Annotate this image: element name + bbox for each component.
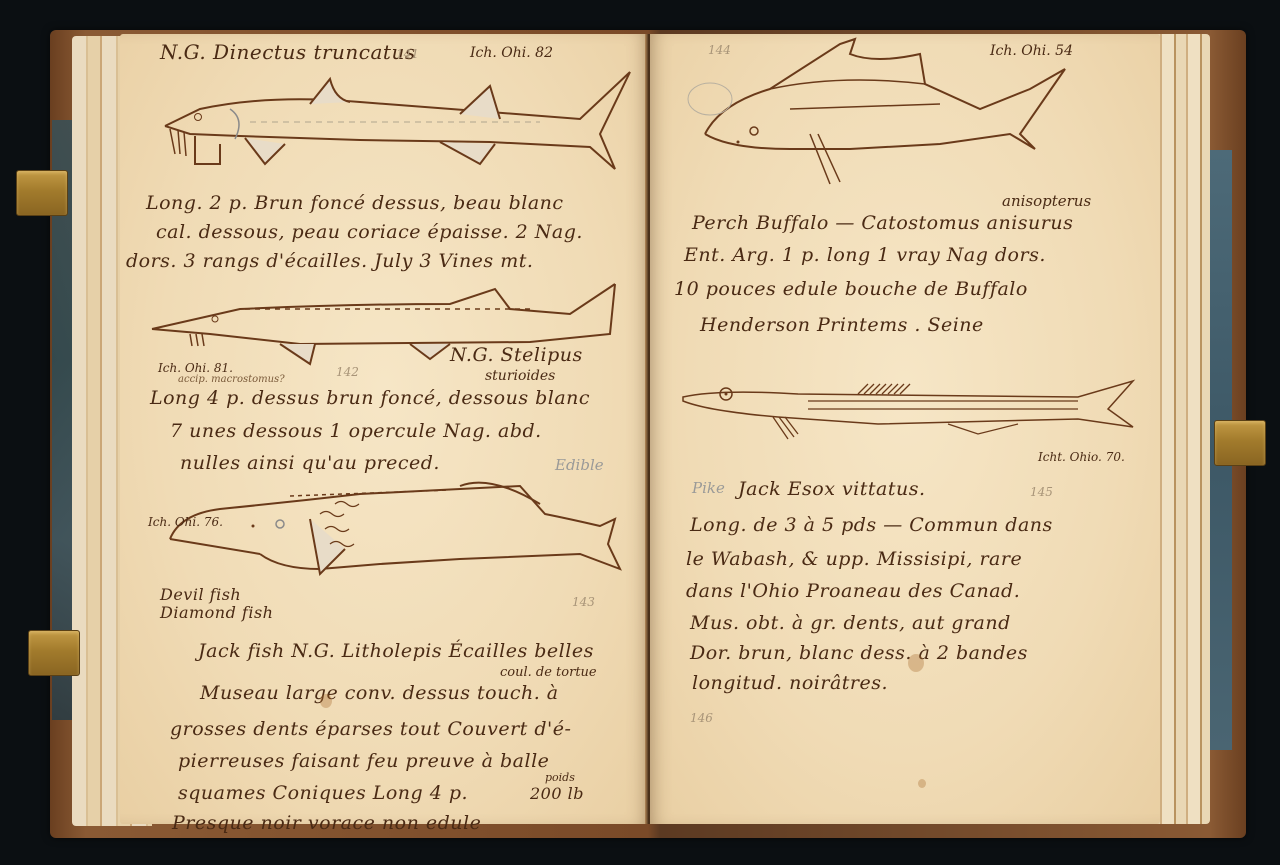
right-entry-2-line-1: Long. de 3 à 5 pds — Commun dans — [690, 516, 1053, 535]
left-entry-3-weight-sup: poids — [545, 772, 575, 783]
left-entry-2-line-3: nulles ainsi qu'au preced. — [180, 454, 440, 473]
left-header-reference: Ich. Ohi. 82 — [470, 46, 553, 60]
sketch-2-page-number: 142 — [336, 366, 359, 378]
sturgeon-sketch-icon — [160, 64, 640, 204]
left-entry-1-line-3: dors. 3 rangs d'écailles. July 3 Vines m… — [126, 252, 533, 271]
right-entry-1-line-2: Ent. Arg. 1 p. long 1 vray Nag dors. — [684, 246, 1046, 265]
left-entry-1-line-2: cal. dessous, peau coriace épaisse. 2 Na… — [156, 223, 583, 242]
brass-clasp-bottom-left — [28, 630, 80, 676]
sketch-3-common-name-2: Diamond fish — [160, 605, 273, 621]
right-entry-2-title: Jack Esox vittatus. — [738, 480, 926, 499]
left-entry-3-weight: 200 lb — [530, 786, 584, 802]
left-entry-3-insert: coul. de tortue — [500, 666, 597, 679]
buffalo-fish-sketch-icon — [690, 34, 1130, 184]
right-entry-1-line-1: Perch Buffalo — Catostomus anisurus — [692, 214, 1073, 233]
right-entry-2-line-2: le Wabash, & upp. Missisipi, rare — [686, 550, 1022, 569]
right-page: 144 Ich. Ohi. 54 anisopterus Perch Buffa… — [650, 34, 1160, 824]
left-entry-3-line-5: squames Coniques Long 4 p. — [178, 784, 468, 803]
sketch-2-note: accip. macrostomus? — [178, 375, 285, 385]
brass-clasp-right — [1214, 420, 1266, 466]
sketch-3-page-number: 143 — [572, 596, 595, 608]
left-entry-3-line-2: Museau large conv. dessus touch. à — [200, 684, 559, 703]
right-entry-2-line-3: dans l'Ohio Proaneau des Canad. — [686, 582, 1020, 601]
sketch-2-reference: Ich. Ohi. 81. — [158, 362, 233, 374]
left-entry-1-line-1: Long. 2 p. Brun foncé dessus, beau blanc — [146, 194, 564, 213]
right-entry-2-line-5: Dor. brun, blanc dess. à 2 bandes — [690, 644, 1028, 663]
right-footer-page-number: 146 — [690, 712, 713, 724]
pike-sketch-reference: Icht. Ohio. 70. — [1038, 451, 1125, 463]
left-entry-2-line-2: 7 unes dessous 1 opercule Nag. abd. — [170, 422, 542, 441]
right-entry-2-line-4: Mus. obt. à gr. dents, aut grand — [690, 614, 1011, 633]
right-entry-2-line-6: longitud. noirâtres. — [692, 674, 888, 693]
sketch-2-species: sturioides — [485, 369, 555, 383]
left-header-title: N.G. Dinectus truncatus — [160, 42, 416, 62]
paper-stain — [320, 694, 332, 708]
sketch-2-genus: N.G. Stelipus — [450, 346, 583, 365]
right-entry-2-page-number: 145 — [1030, 486, 1053, 498]
right-entry-1-insert: anisopterus — [1002, 194, 1091, 209]
alligator-gar-sketch-icon — [160, 474, 630, 584]
right-entry-2-margin-note: Pike — [692, 481, 725, 496]
brass-clasp-top-left — [16, 170, 68, 216]
pike-sketch-icon — [678, 379, 1138, 449]
paper-stain — [918, 779, 926, 788]
left-page: N.G. Dinectus truncatus 141 Ich. Ohi. 82… — [120, 34, 648, 824]
right-entry-1-line-4: Henderson Printems . Seine — [700, 316, 984, 335]
right-entry-1-line-3: 10 pouces edule bouche de Buffalo — [674, 280, 1028, 299]
left-entry-3-line-1: Jack fish N.G. Litholepis Écailles belle… — [198, 642, 594, 661]
left-header-page-number: 141 — [396, 48, 419, 60]
paper-stain — [908, 654, 924, 672]
left-entry-2-note: Edible — [555, 458, 604, 473]
left-entry-2-line-1: Long 4 p. dessus brun foncé, dessous bla… — [150, 389, 590, 408]
sketch-3-reference: Ich. Ohi. 76. — [148, 516, 223, 528]
left-entry-3-line-3: grosses dents éparses tout Couvert d'é- — [170, 720, 571, 739]
left-entry-3-line-6: Presque noir vorace non edule — [172, 814, 481, 833]
left-entry-3-line-4: pierreuses faisant feu preuve à balle — [178, 752, 549, 771]
sketch-3-common-name-1: Devil fish — [160, 587, 241, 603]
